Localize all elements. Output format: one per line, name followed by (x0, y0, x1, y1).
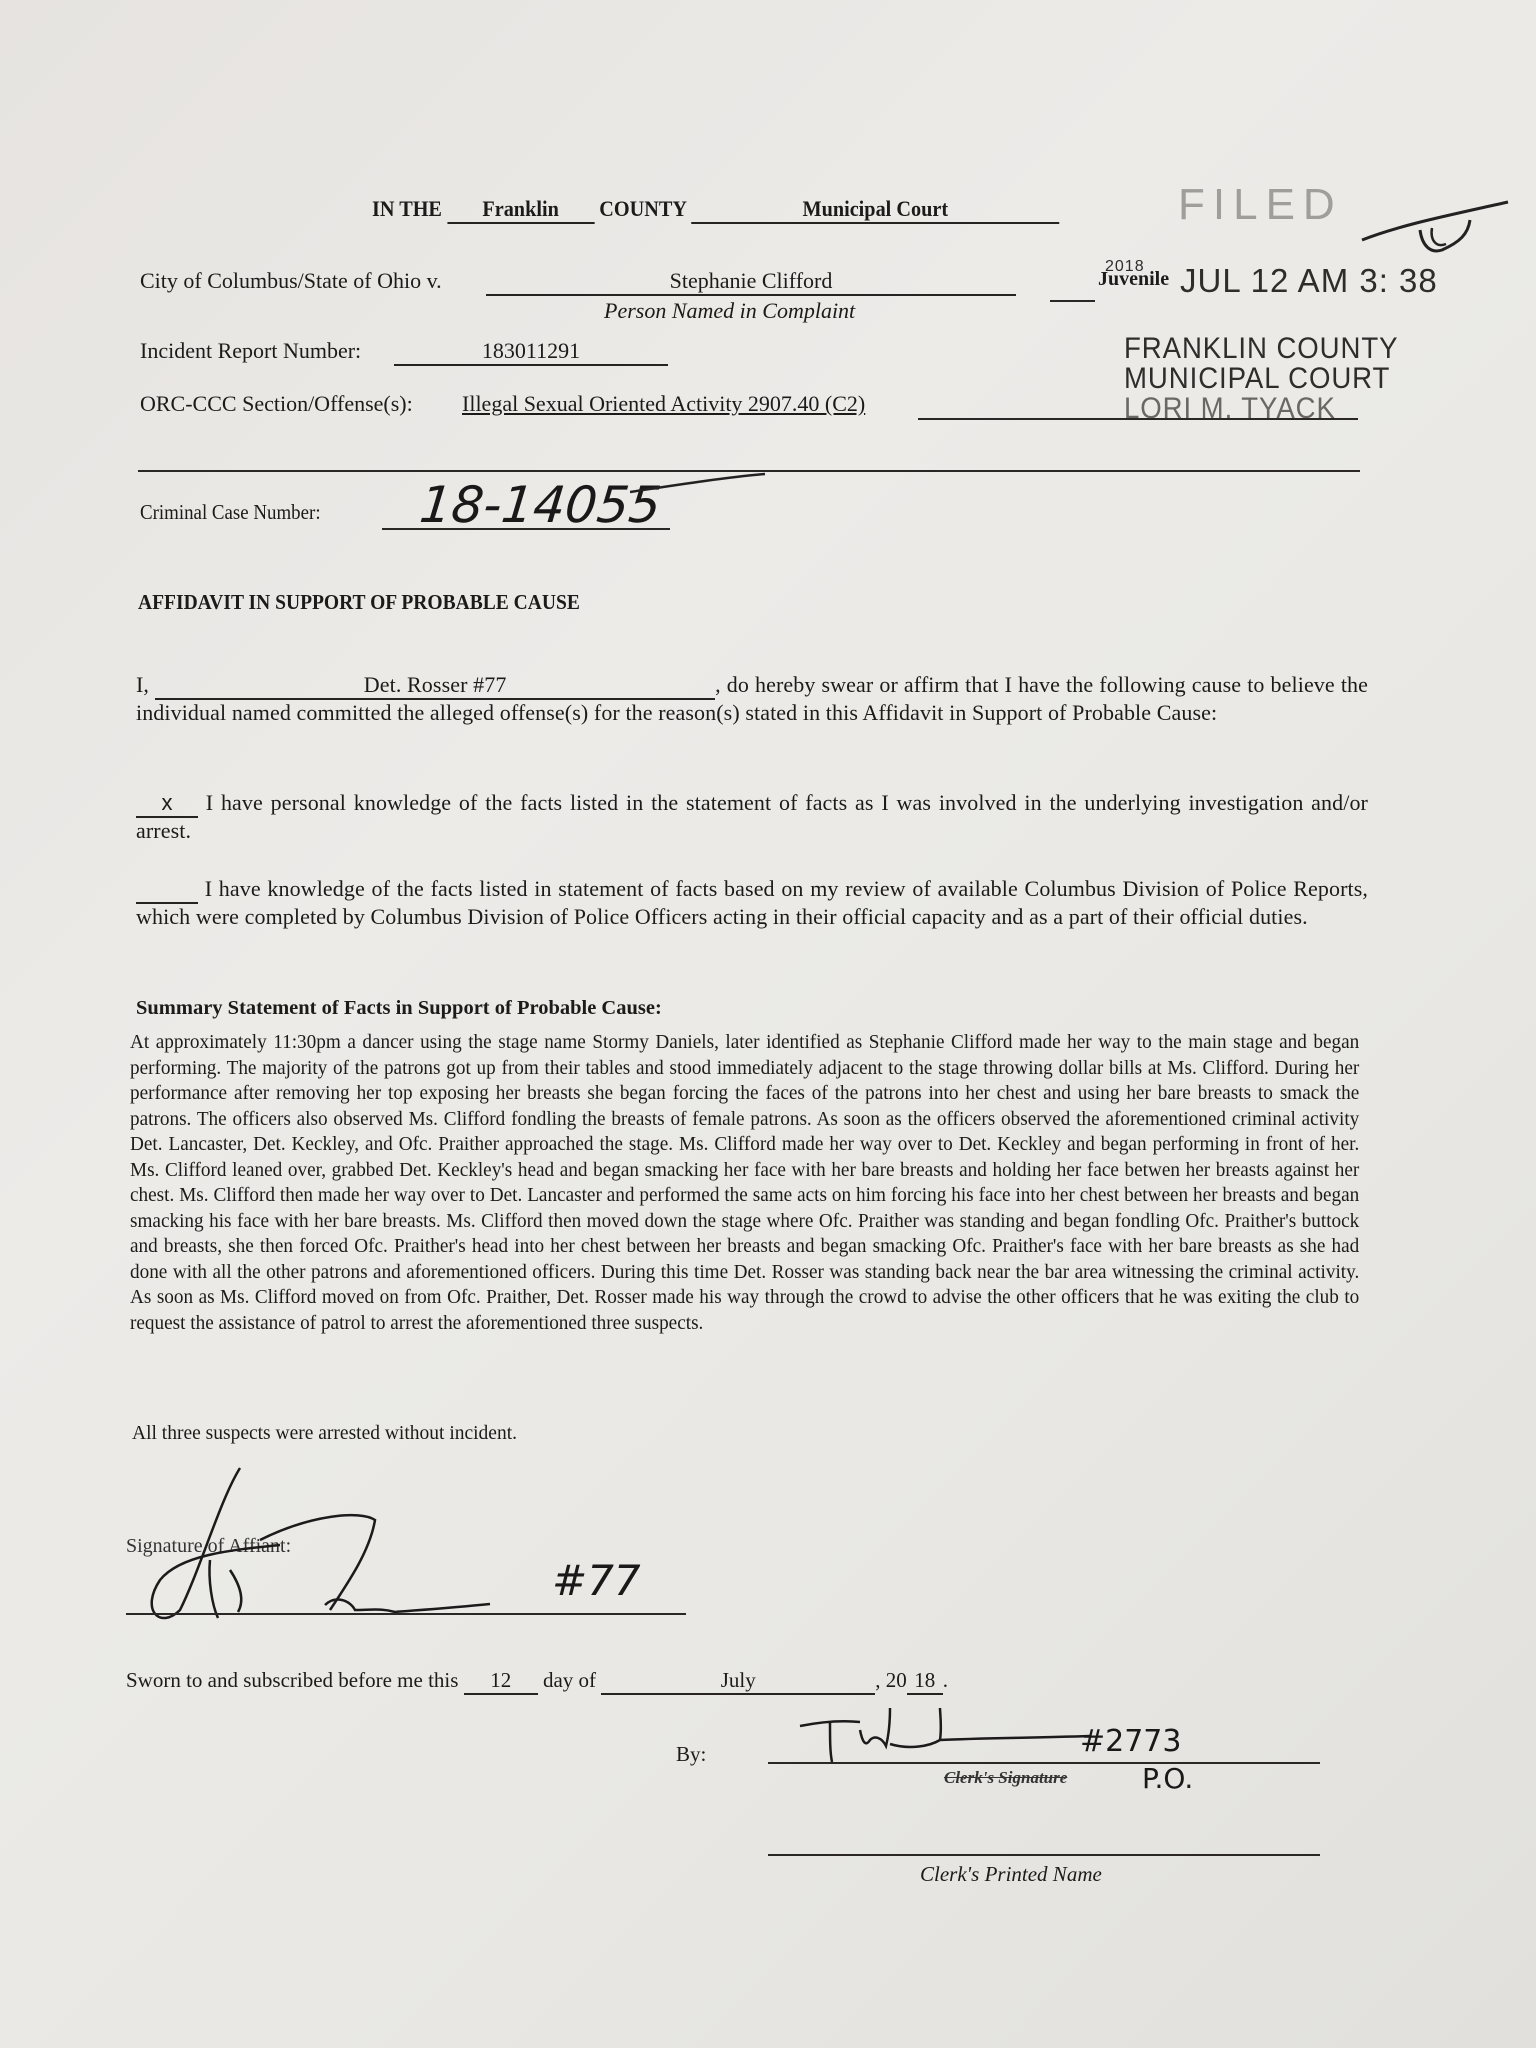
offense-label: ORC-CCC Section/Offense(s): (140, 391, 413, 417)
offense-field: Illegal Sexual Oriented Activity 2907.40… (462, 391, 865, 417)
option-review-reports-text: I have knowledge of the facts listed in … (136, 876, 1368, 929)
affidavit-title: AFFIDAVIT IN SUPPORT OF PROBABLE CAUSE (138, 590, 580, 615)
clerk-signature-note: P.O. (1142, 1762, 1193, 1795)
sworn-month-field: July (601, 1668, 875, 1695)
header-prefix: IN THE (372, 196, 442, 221)
sworn-day-of-label: day of (543, 1668, 596, 1692)
court-header: IN THE Franklin COUNTY Municipal Court (372, 196, 1059, 224)
person-named-field: Stephanie Clifford (486, 268, 1016, 296)
criminal-case-label: Criminal Case Number: (140, 500, 321, 525)
criminal-case-handwritten: 18-14055 (417, 476, 664, 534)
juvenile-blank (1050, 300, 1095, 302)
county-label: COUNTY (599, 196, 686, 221)
offense-underline (918, 418, 1358, 420)
initials-mark (1360, 190, 1510, 260)
signature-line (126, 1613, 686, 1615)
case-number-flourish (630, 470, 770, 500)
summary-body: At approximately 11:30pm a dancer using … (130, 1030, 1359, 1336)
affiant-statement: I, Det. Rosser #77, do hereby swear or a… (136, 672, 1368, 727)
clerk-printed-name-caption: Clerk's Printed Name (920, 1862, 1102, 1887)
stamp-year: 2018 (1105, 258, 1145, 276)
signature-badge-handwritten: #77 (552, 1556, 641, 1605)
by-label: By: (676, 1742, 706, 1767)
summary-closing: All three suspects were arrested without… (132, 1422, 517, 1445)
option-personal-knowledge-text: I have personal knowledge of the facts l… (136, 790, 1368, 843)
clerk-signature-line (768, 1762, 1320, 1764)
county-field: Franklin (447, 196, 594, 224)
clerk-printed-name-line (768, 1854, 1320, 1856)
incident-label: Incident Report Number: (140, 338, 361, 364)
sworn-day-field: 12 (464, 1668, 538, 1695)
stamp-date-time: JUL 12 AM 3: 38 (1180, 262, 1438, 300)
sworn-prefix: Sworn to and subscribed before me this (126, 1668, 458, 1692)
option-personal-knowledge: x I have personal knowledge of the facts… (136, 790, 1368, 845)
person-named-caption: Person Named in Complaint (604, 298, 855, 324)
option-review-reports: I have knowledge of the facts listed in … (136, 876, 1368, 931)
incident-number-field: 183011291 (394, 338, 668, 366)
sworn-year-field: 18 (907, 1668, 943, 1695)
clerk-signature-caption: Clerk's Signature (944, 1768, 1067, 1788)
case-caption-label: City of Columbus/State of Ohio v. (140, 268, 442, 294)
option-review-reports-mark[interactable] (136, 876, 198, 904)
stamp-court: FRANKLIN COUNTY MUNICIPAL COURT LORI M. … (1124, 334, 1398, 424)
option-personal-knowledge-mark[interactable]: x (136, 790, 198, 818)
filed-stamp: FILED (1178, 180, 1343, 230)
clerk-badge-handwritten: #2773 (1080, 1724, 1181, 1759)
summary-heading: Summary Statement of Facts in Support of… (136, 996, 662, 1021)
sworn-statement: Sworn to and subscribed before me this 1… (126, 1668, 948, 1695)
court-field: Municipal Court (691, 196, 1059, 224)
affiant-name-field: Det. Rosser #77 (155, 672, 715, 700)
